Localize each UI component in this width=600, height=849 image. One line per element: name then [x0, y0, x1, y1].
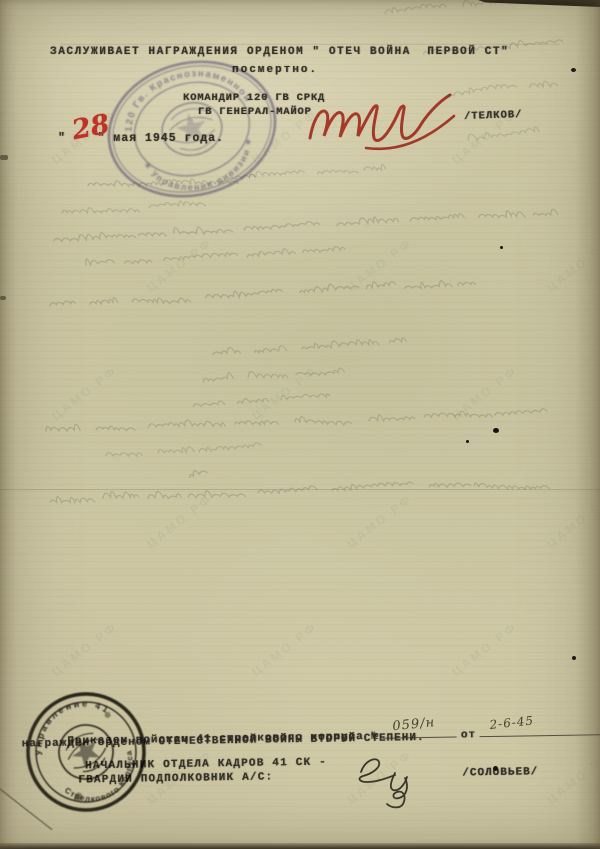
ink-speck	[493, 428, 499, 433]
ink-speck	[571, 68, 576, 72]
edge-mark	[0, 155, 8, 160]
ink-speck	[572, 656, 576, 660]
svg-text:Управление 41: Управление 41	[18, 682, 114, 760]
ink-speck	[466, 440, 469, 443]
scan-edge-bottom	[0, 843, 600, 849]
edge-mark	[0, 296, 6, 300]
corps-round-stamp: Управление 41 Стрелкового Корпуса	[0, 600, 300, 849]
scanned-award-document-page: ЦАМО РФЦАМО РФЦАМО РФЦАМО РФЦАМО РФЦАМО …	[0, 0, 600, 849]
order-from-word: от	[461, 729, 476, 741]
ink-speck	[500, 246, 503, 249]
order-date-handwritten: 2-6-45	[489, 713, 535, 732]
ink-speck	[493, 766, 498, 771]
soloviev-signature	[345, 752, 425, 812]
officer-surname: /СОЛОВЬЕВ/	[462, 766, 538, 779]
order-date-blank: 2-6-45	[480, 723, 600, 737]
stamp-arc-top-text: Управление 41	[18, 682, 114, 760]
